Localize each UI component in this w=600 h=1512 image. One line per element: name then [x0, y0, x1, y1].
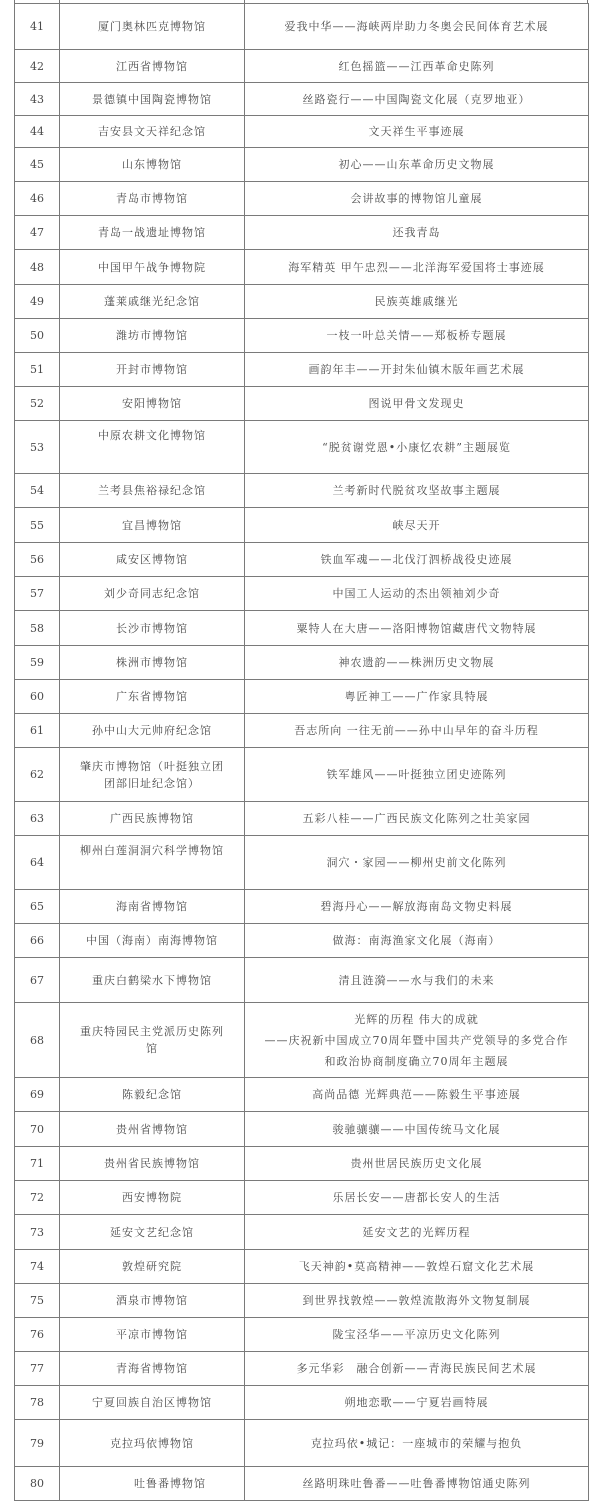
exhibition-title: 文天祥生平事迹展: [245, 116, 589, 148]
exhibition-title: 飞天神韵•莫高精神——敦煌石窟文化艺术展: [245, 1250, 589, 1284]
museum-name: 长沙市博物馆: [60, 611, 245, 646]
museum-name: 西安博物院: [60, 1181, 245, 1215]
museum-name: 潍坊市博物馆: [60, 319, 245, 353]
table-row: 78宁夏回族自治区博物馆朔地恋歌——宁夏岩画特展: [15, 1386, 589, 1420]
museum-name: 酒泉市博物馆: [60, 1284, 245, 1318]
exhibition-title: 贵州世居民族历史文化展: [245, 1147, 589, 1181]
exhibition-title: 碧海丹心——解放海南岛文物史料展: [245, 890, 589, 924]
row-number: 71: [15, 1147, 60, 1181]
row-number: 54: [15, 474, 60, 508]
row-number: 74: [15, 1250, 60, 1284]
museum-name: 宁夏回族自治区博物馆: [60, 1386, 245, 1420]
table-row: 50潍坊市博物馆一枝一叶总关情——郑板桥专题展: [15, 319, 589, 353]
museum-exhibition-table: 41厦门奥林匹克博物馆爱我中华——海峡两岸助力冬奥会民间体育艺术展42江西省博物…: [14, 3, 589, 1501]
row-number: 44: [15, 116, 60, 148]
table-row: 60广东省博物馆粤匠神工——广作家具特展: [15, 680, 589, 714]
table-row: 52安阳博物馆图说甲骨文发现史: [15, 387, 589, 421]
table-row: 46青岛市博物馆会讲故事的博物馆儿童展: [15, 182, 589, 216]
exhibition-title: 陇宝泾华——平凉历史文化陈列: [245, 1318, 589, 1352]
row-number: 57: [15, 577, 60, 611]
museum-name-line: 肇庆市博物馆（叶挺独立团: [64, 758, 240, 775]
museum-name: 吐鲁番博物馆: [60, 1467, 245, 1501]
table-row: 54兰考县焦裕禄纪念馆兰考新时代脱贫攻坚故事主题展: [15, 474, 589, 508]
museum-name: 贵州省民族博物馆: [60, 1147, 245, 1181]
museum-name: 肇庆市博物馆（叶挺独立团团部旧址纪念馆）: [60, 748, 245, 802]
row-number: 46: [15, 182, 60, 216]
table-row: 63广西民族博物馆五彩八桂——广西民族文化陈列之壮美家园: [15, 802, 589, 836]
table-row: 53中原农耕文化博物馆“脱贫谢党恩•小康忆农耕”主题展览: [15, 421, 589, 474]
exhibition-title: 会讲故事的博物馆儿童展: [245, 182, 589, 216]
museum-name: 开封市博物馆: [60, 353, 245, 387]
table-row: 72西安博物院乐居长安——唐都长安人的生活: [15, 1181, 589, 1215]
museum-name: 孙中山大元帅府纪念馆: [60, 714, 245, 748]
table-row: 48中国甲午战争博物院海军精英 甲午忠烈——北洋海军爱国将士事迹展: [15, 250, 589, 285]
exhibition-title-line: 光辉的历程 伟大的成就: [249, 1009, 584, 1030]
row-number: 55: [15, 508, 60, 543]
museum-name: 海南省博物馆: [60, 890, 245, 924]
exhibition-title: 多元华彩 融合创新——青海民族民间艺术展: [245, 1352, 589, 1386]
museum-name: 重庆特园民主党派历史陈列馆: [60, 1003, 245, 1078]
exhibition-title: 图说甲骨文发现史: [245, 387, 589, 421]
row-number: 68: [15, 1003, 60, 1078]
table-row: 65海南省博物馆碧海丹心——解放海南岛文物史料展: [15, 890, 589, 924]
exhibition-title-line: 和政治协商制度确立70周年主题展: [249, 1051, 584, 1072]
table-row: 76平凉市博物馆陇宝泾华——平凉历史文化陈列: [15, 1318, 589, 1352]
row-number: 50: [15, 319, 60, 353]
row-number: 78: [15, 1386, 60, 1420]
table-row: 64柳州白莲洞洞穴科学博物馆洞穴・家园——柳州史前文化陈列: [15, 836, 589, 890]
museum-name: 青海省博物馆: [60, 1352, 245, 1386]
row-number: 53: [15, 421, 60, 474]
exhibition-title: 朔地恋歌——宁夏岩画特展: [245, 1386, 589, 1420]
row-number: 70: [15, 1112, 60, 1147]
row-number: 41: [15, 4, 60, 50]
exhibition-title: 清且涟漪——水与我们的未来: [245, 958, 589, 1003]
row-number: 48: [15, 250, 60, 285]
row-number: 76: [15, 1318, 60, 1352]
museum-name: 广西民族博物馆: [60, 802, 245, 836]
museum-name: 克拉玛依博物馆: [60, 1420, 245, 1467]
museum-name: 宜昌博物馆: [60, 508, 245, 543]
exhibition-title: 乐居长安——唐都长安人的生活: [245, 1181, 589, 1215]
museum-name: 兰考县焦裕禄纪念馆: [60, 474, 245, 508]
exhibition-title: 高尚品德 光辉典范——陈毅生平事迹展: [245, 1078, 589, 1112]
table-row: 51开封市博物馆画韵年丰——开封朱仙镇木版年画艺术展: [15, 353, 589, 387]
exhibition-title: 红色摇篮——江西革命史陈列: [245, 50, 589, 83]
row-number: 59: [15, 646, 60, 680]
row-number: 60: [15, 680, 60, 714]
exhibition-title: 中国工人运动的杰出领袖刘少奇: [245, 577, 589, 611]
exhibition-title: 丝路明珠吐鲁番——吐鲁番博物馆通史陈列: [245, 1467, 589, 1501]
row-number: 52: [15, 387, 60, 421]
row-number: 63: [15, 802, 60, 836]
table-row: 58长沙市博物馆粟特人在大唐——洛阳博物馆藏唐代文物特展: [15, 611, 589, 646]
museum-name: 青岛一战遗址博物馆: [60, 216, 245, 250]
museum-name: 平凉市博物馆: [60, 1318, 245, 1352]
exhibition-title: 神农遗韵——株洲历史文物展: [245, 646, 589, 680]
exhibition-title: 克拉玛依•城记：一座城市的荣耀与抱负: [245, 1420, 589, 1467]
table-row: 69陈毅纪念馆高尚品德 光辉典范——陈毅生平事迹展: [15, 1078, 589, 1112]
table-row: 74敦煌研究院飞天神韵•莫高精神——敦煌石窟文化艺术展: [15, 1250, 589, 1284]
exhibition-title: 铁军雄风——叶挺独立团史迹陈列: [245, 748, 589, 802]
exhibition-title: 峡尽天开: [245, 508, 589, 543]
exhibition-title: “脱贫谢党恩•小康忆农耕”主题展览: [245, 421, 589, 474]
row-number: 73: [15, 1215, 60, 1250]
table-row: 43景德镇中国陶瓷博物馆丝路瓷行——中国陶瓷文化展（克罗地亚）: [15, 83, 589, 116]
row-number: 43: [15, 83, 60, 116]
row-number: 75: [15, 1284, 60, 1318]
museum-name: 安阳博物馆: [60, 387, 245, 421]
museum-name-line: 重庆特园民主党派历史陈列: [64, 1023, 240, 1040]
exhibition-title: 一枝一叶总关情——郑板桥专题展: [245, 319, 589, 353]
table-row: 47青岛一战遗址博物馆还我青岛: [15, 216, 589, 250]
exhibition-title: 海军精英 甲午忠烈——北洋海军爱国将士事迹展: [245, 250, 589, 285]
museum-name: 山东博物馆: [60, 148, 245, 182]
table-row: 57刘少奇同志纪念馆中国工人运动的杰出领袖刘少奇: [15, 577, 589, 611]
museum-name: 中国（海南）南海博物馆: [60, 924, 245, 958]
table-row: 62肇庆市博物馆（叶挺独立团团部旧址纪念馆）铁军雄风——叶挺独立团史迹陈列: [15, 748, 589, 802]
museum-name: 青岛市博物馆: [60, 182, 245, 216]
table-row: 80吐鲁番博物馆丝路明珠吐鲁番——吐鲁番博物馆通史陈列: [15, 1467, 589, 1501]
museum-name: 刘少奇同志纪念馆: [60, 577, 245, 611]
exhibition-title: 延安文艺的光辉历程: [245, 1215, 589, 1250]
exhibition-title: 还我青岛: [245, 216, 589, 250]
museum-name: 陈毅纪念馆: [60, 1078, 245, 1112]
museum-name-line: 馆: [64, 1040, 240, 1057]
museum-name: 柳州白莲洞洞穴科学博物馆: [60, 836, 245, 890]
table-row: 49蓬莱戚继光纪念馆民族英雄戚继光: [15, 285, 589, 319]
table-row: 68重庆特园民主党派历史陈列馆光辉的历程 伟大的成就——庆祝新中国成立70周年暨…: [15, 1003, 589, 1078]
table-row: 67重庆白鹤梁水下博物馆清且涟漪——水与我们的未来: [15, 958, 589, 1003]
museum-name: 敦煌研究院: [60, 1250, 245, 1284]
table-row: 45山东博物馆初心——山东革命历史文物展: [15, 148, 589, 182]
table-row: 75酒泉市博物馆到世界找敦煌——敦煌流散海外文物复制展: [15, 1284, 589, 1318]
exhibition-title: 洞穴・家园——柳州史前文化陈列: [245, 836, 589, 890]
table-row: 41厦门奥林匹克博物馆爱我中华——海峡两岸助力冬奥会民间体育艺术展: [15, 4, 589, 50]
row-number: 51: [15, 353, 60, 387]
museum-name: 中原农耕文化博物馆: [60, 421, 245, 474]
table-row: 70贵州省博物馆骏驰骧骧——中国传统马文化展: [15, 1112, 589, 1147]
exhibition-title: 兰考新时代脱贫攻坚故事主题展: [245, 474, 589, 508]
row-number: 58: [15, 611, 60, 646]
table-row: 73延安文艺纪念馆延安文艺的光辉历程: [15, 1215, 589, 1250]
exhibition-title: 画韵年丰——开封朱仙镇木版年画艺术展: [245, 353, 589, 387]
exhibition-title: 民族英雄戚继光: [245, 285, 589, 319]
table-row: 79克拉玛依博物馆克拉玛依•城记：一座城市的荣耀与抱负: [15, 1420, 589, 1467]
row-number: 42: [15, 50, 60, 83]
row-number: 67: [15, 958, 60, 1003]
museum-name: 株洲市博物馆: [60, 646, 245, 680]
table-row: 77青海省博物馆多元华彩 融合创新——青海民族民间艺术展: [15, 1352, 589, 1386]
exhibition-title: 骏驰骧骧——中国传统马文化展: [245, 1112, 589, 1147]
exhibition-title: 铁血军魂——北伐汀泗桥战役史迹展: [245, 543, 589, 577]
row-number: 47: [15, 216, 60, 250]
exhibition-title: 初心——山东革命历史文物展: [245, 148, 589, 182]
row-number: 64: [15, 836, 60, 890]
row-number: 62: [15, 748, 60, 802]
table-row: 71贵州省民族博物馆贵州世居民族历史文化展: [15, 1147, 589, 1181]
table-row: 66中国（海南）南海博物馆做海：南海渔家文化展（海南）: [15, 924, 589, 958]
exhibition-title: 丝路瓷行——中国陶瓷文化展（克罗地亚）: [245, 83, 589, 116]
museum-name: 蓬莱戚继光纪念馆: [60, 285, 245, 319]
museum-name: 吉安县文天祥纪念馆: [60, 116, 245, 148]
row-number: 56: [15, 543, 60, 577]
row-number: 69: [15, 1078, 60, 1112]
table-row: 44吉安县文天祥纪念馆文天祥生平事迹展: [15, 116, 589, 148]
exhibition-title: 五彩八桂——广西民族文化陈列之壮美家园: [245, 802, 589, 836]
exhibition-title: 光辉的历程 伟大的成就——庆祝新中国成立70周年暨中国共产党领导的多党合作和政治…: [245, 1003, 589, 1078]
row-number: 77: [15, 1352, 60, 1386]
table-row: 59株洲市博物馆神农遗韵——株洲历史文物展: [15, 646, 589, 680]
museum-name-line: 团部旧址纪念馆）: [64, 775, 240, 792]
exhibition-title: 做海：南海渔家文化展（海南）: [245, 924, 589, 958]
table-row: 42江西省博物馆红色摇篮——江西革命史陈列: [15, 50, 589, 83]
exhibition-title: 到世界找敦煌——敦煌流散海外文物复制展: [245, 1284, 589, 1318]
museum-name: 厦门奥林匹克博物馆: [60, 4, 245, 50]
museum-name: 贵州省博物馆: [60, 1112, 245, 1147]
museum-name: 中国甲午战争博物院: [60, 250, 245, 285]
museum-name: 延安文艺纪念馆: [60, 1215, 245, 1250]
exhibition-title: 粤匠神工——广作家具特展: [245, 680, 589, 714]
exhibition-title: 粟特人在大唐——洛阳博物馆藏唐代文物特展: [245, 611, 589, 646]
table-row: 61孙中山大元帅府纪念馆吾志所向 一往无前——孙中山早年的奋斗历程: [15, 714, 589, 748]
row-number: 80: [15, 1467, 60, 1501]
row-number: 49: [15, 285, 60, 319]
table-row: 56咸安区博物馆铁血军魂——北伐汀泗桥战役史迹展: [15, 543, 589, 577]
row-number: 65: [15, 890, 60, 924]
museum-name: 重庆白鹤梁水下博物馆: [60, 958, 245, 1003]
row-number: 61: [15, 714, 60, 748]
exhibition-title-line: ——庆祝新中国成立70周年暨中国共产党领导的多党合作: [249, 1030, 584, 1051]
table-row: 55宜昌博物馆峡尽天开: [15, 508, 589, 543]
row-number: 45: [15, 148, 60, 182]
row-number: 79: [15, 1420, 60, 1467]
museum-name: 咸安区博物馆: [60, 543, 245, 577]
exhibition-title: 吾志所向 一往无前——孙中山早年的奋斗历程: [245, 714, 589, 748]
row-number: 66: [15, 924, 60, 958]
exhibition-title: 爱我中华——海峡两岸助力冬奥会民间体育艺术展: [245, 4, 589, 50]
museum-name: 景德镇中国陶瓷博物馆: [60, 83, 245, 116]
museum-name: 江西省博物馆: [60, 50, 245, 83]
museum-name: 广东省博物馆: [60, 680, 245, 714]
row-number: 72: [15, 1181, 60, 1215]
